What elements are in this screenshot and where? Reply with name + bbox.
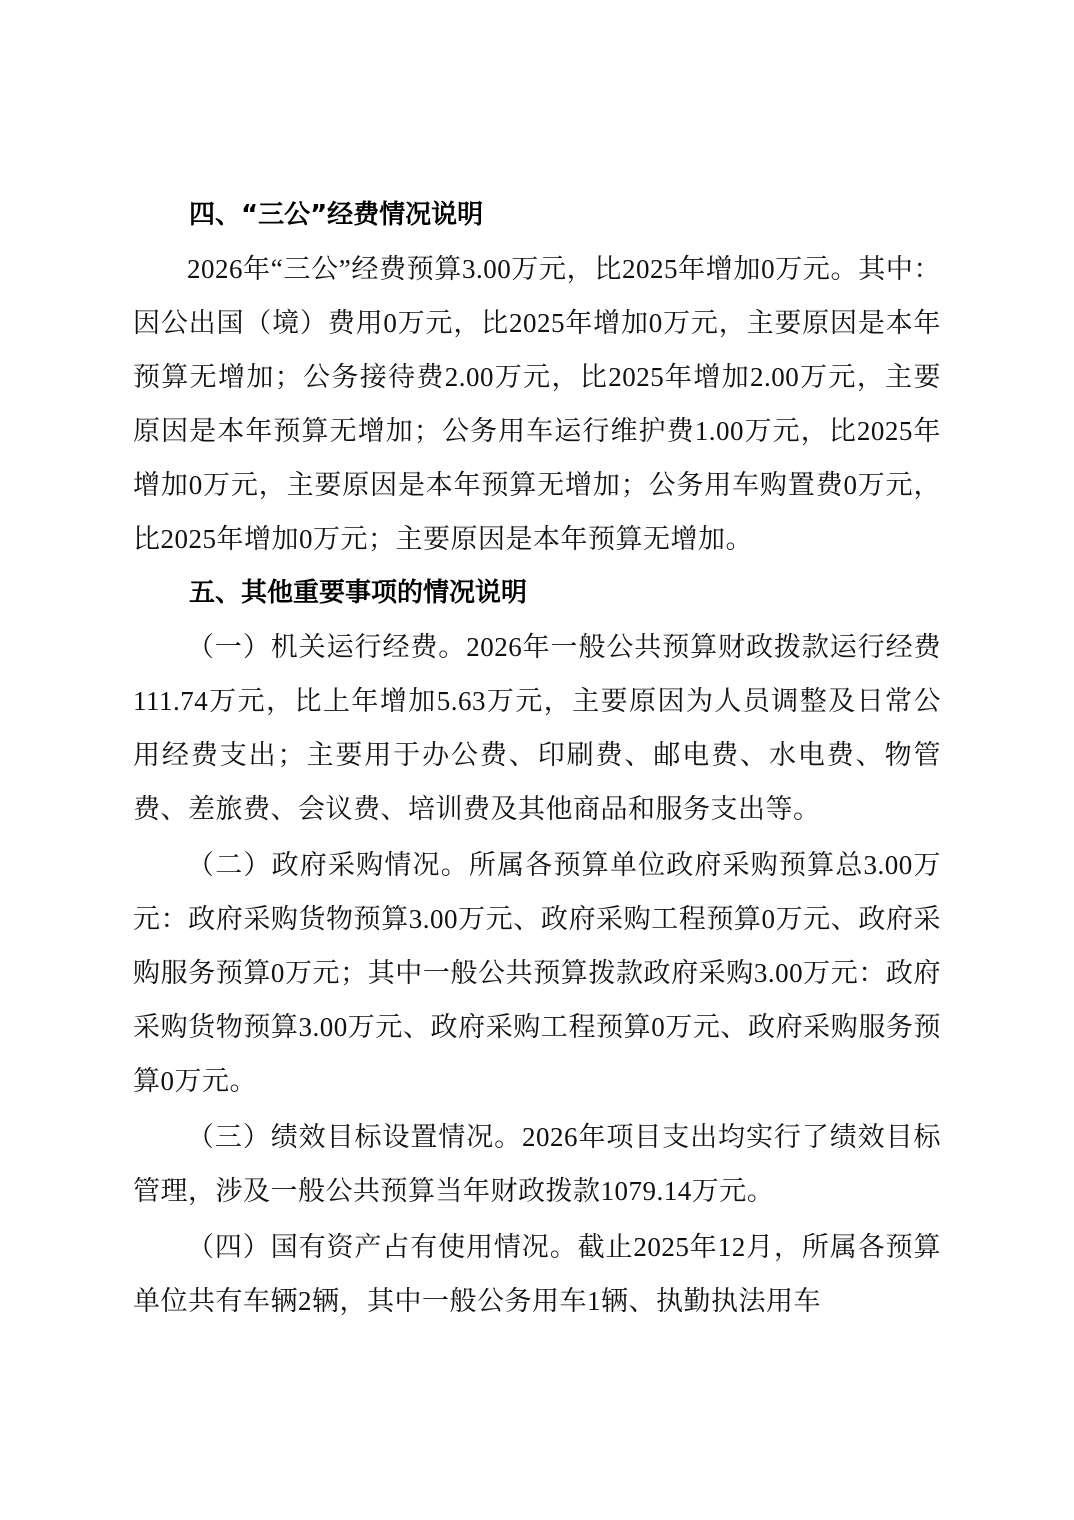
document-body: 四、“三公”经费情况说明 2026年“三公”经费预算3.00万元，比2025年增… — [133, 188, 941, 1328]
section-heading: 五、其他重要事项的情况说明 — [133, 566, 941, 620]
paragraph-performance-targets: （三）绩效目标设置情况。2026年项目支出均实行了绩效目标管理，涉及一般公共预算… — [133, 1110, 941, 1218]
paragraph-government-procurement: （二）政府采购情况。所属各预算单位政府采购预算总3.00万元：政府采购货物预算3… — [133, 838, 941, 1108]
paragraph-state-assets: （四）国有资产占有使用情况。截止2025年12月，所属各预算单位共有车辆2辆，其… — [133, 1220, 941, 1328]
section-heading: 四、“三公”经费情况说明 — [133, 188, 941, 242]
paragraph-three-public-expenses: 2026年“三公”经费预算3.00万元，比2025年增加0万元。其中：因公出国（… — [133, 242, 941, 566]
document-page: { "document": { "sections": [ { "heading… — [0, 0, 1074, 1520]
section-three-public-expenses: 四、“三公”经费情况说明 2026年“三公”经费预算3.00万元，比2025年增… — [133, 188, 941, 566]
paragraph-agency-operating-costs: （一）机关运行经费。2026年一般公共预算财政拨款运行经费111.74万元，比上… — [133, 620, 941, 836]
section-other-important-matters: 五、其他重要事项的情况说明 （一）机关运行经费。2026年一般公共预算财政拨款运… — [133, 566, 941, 1328]
